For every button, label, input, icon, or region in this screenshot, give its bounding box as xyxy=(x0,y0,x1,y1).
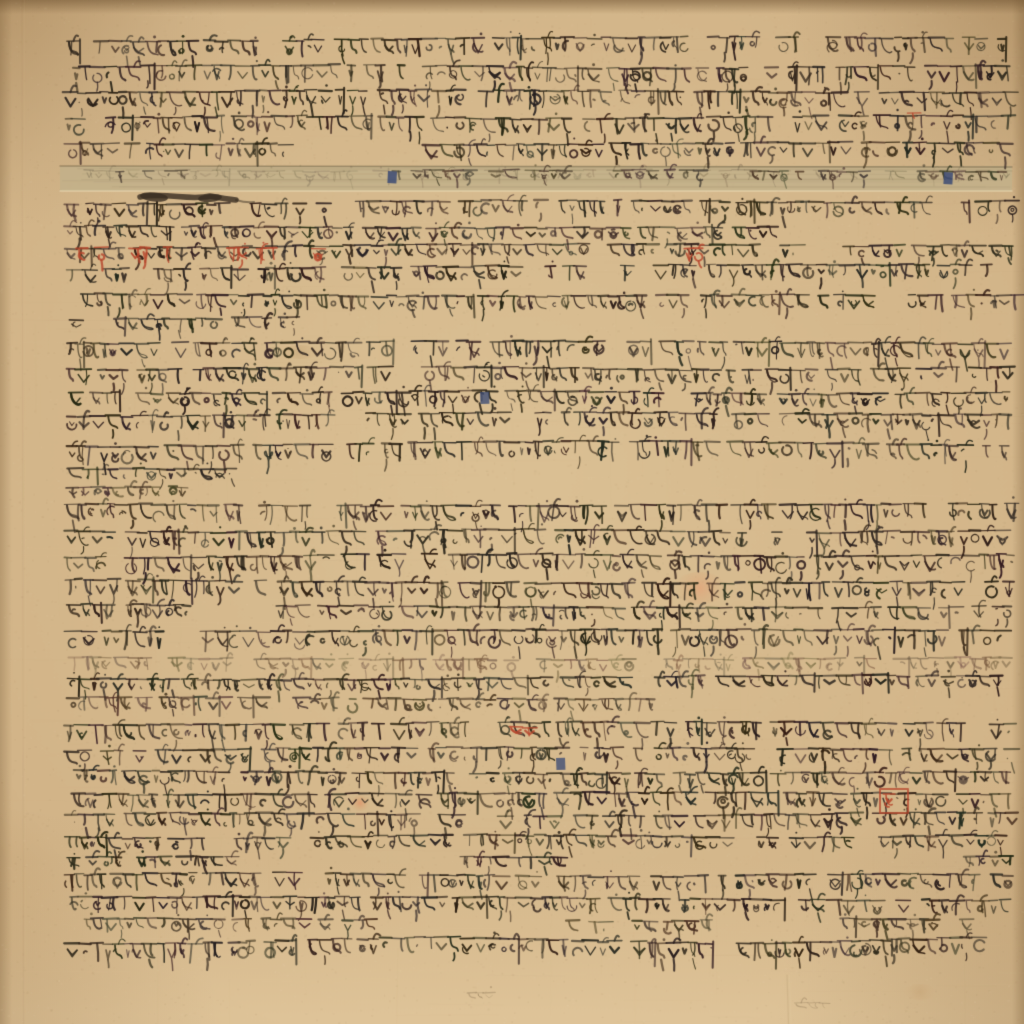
manuscript-canvas xyxy=(0,0,1024,1024)
manuscript-scan xyxy=(0,0,1024,1024)
